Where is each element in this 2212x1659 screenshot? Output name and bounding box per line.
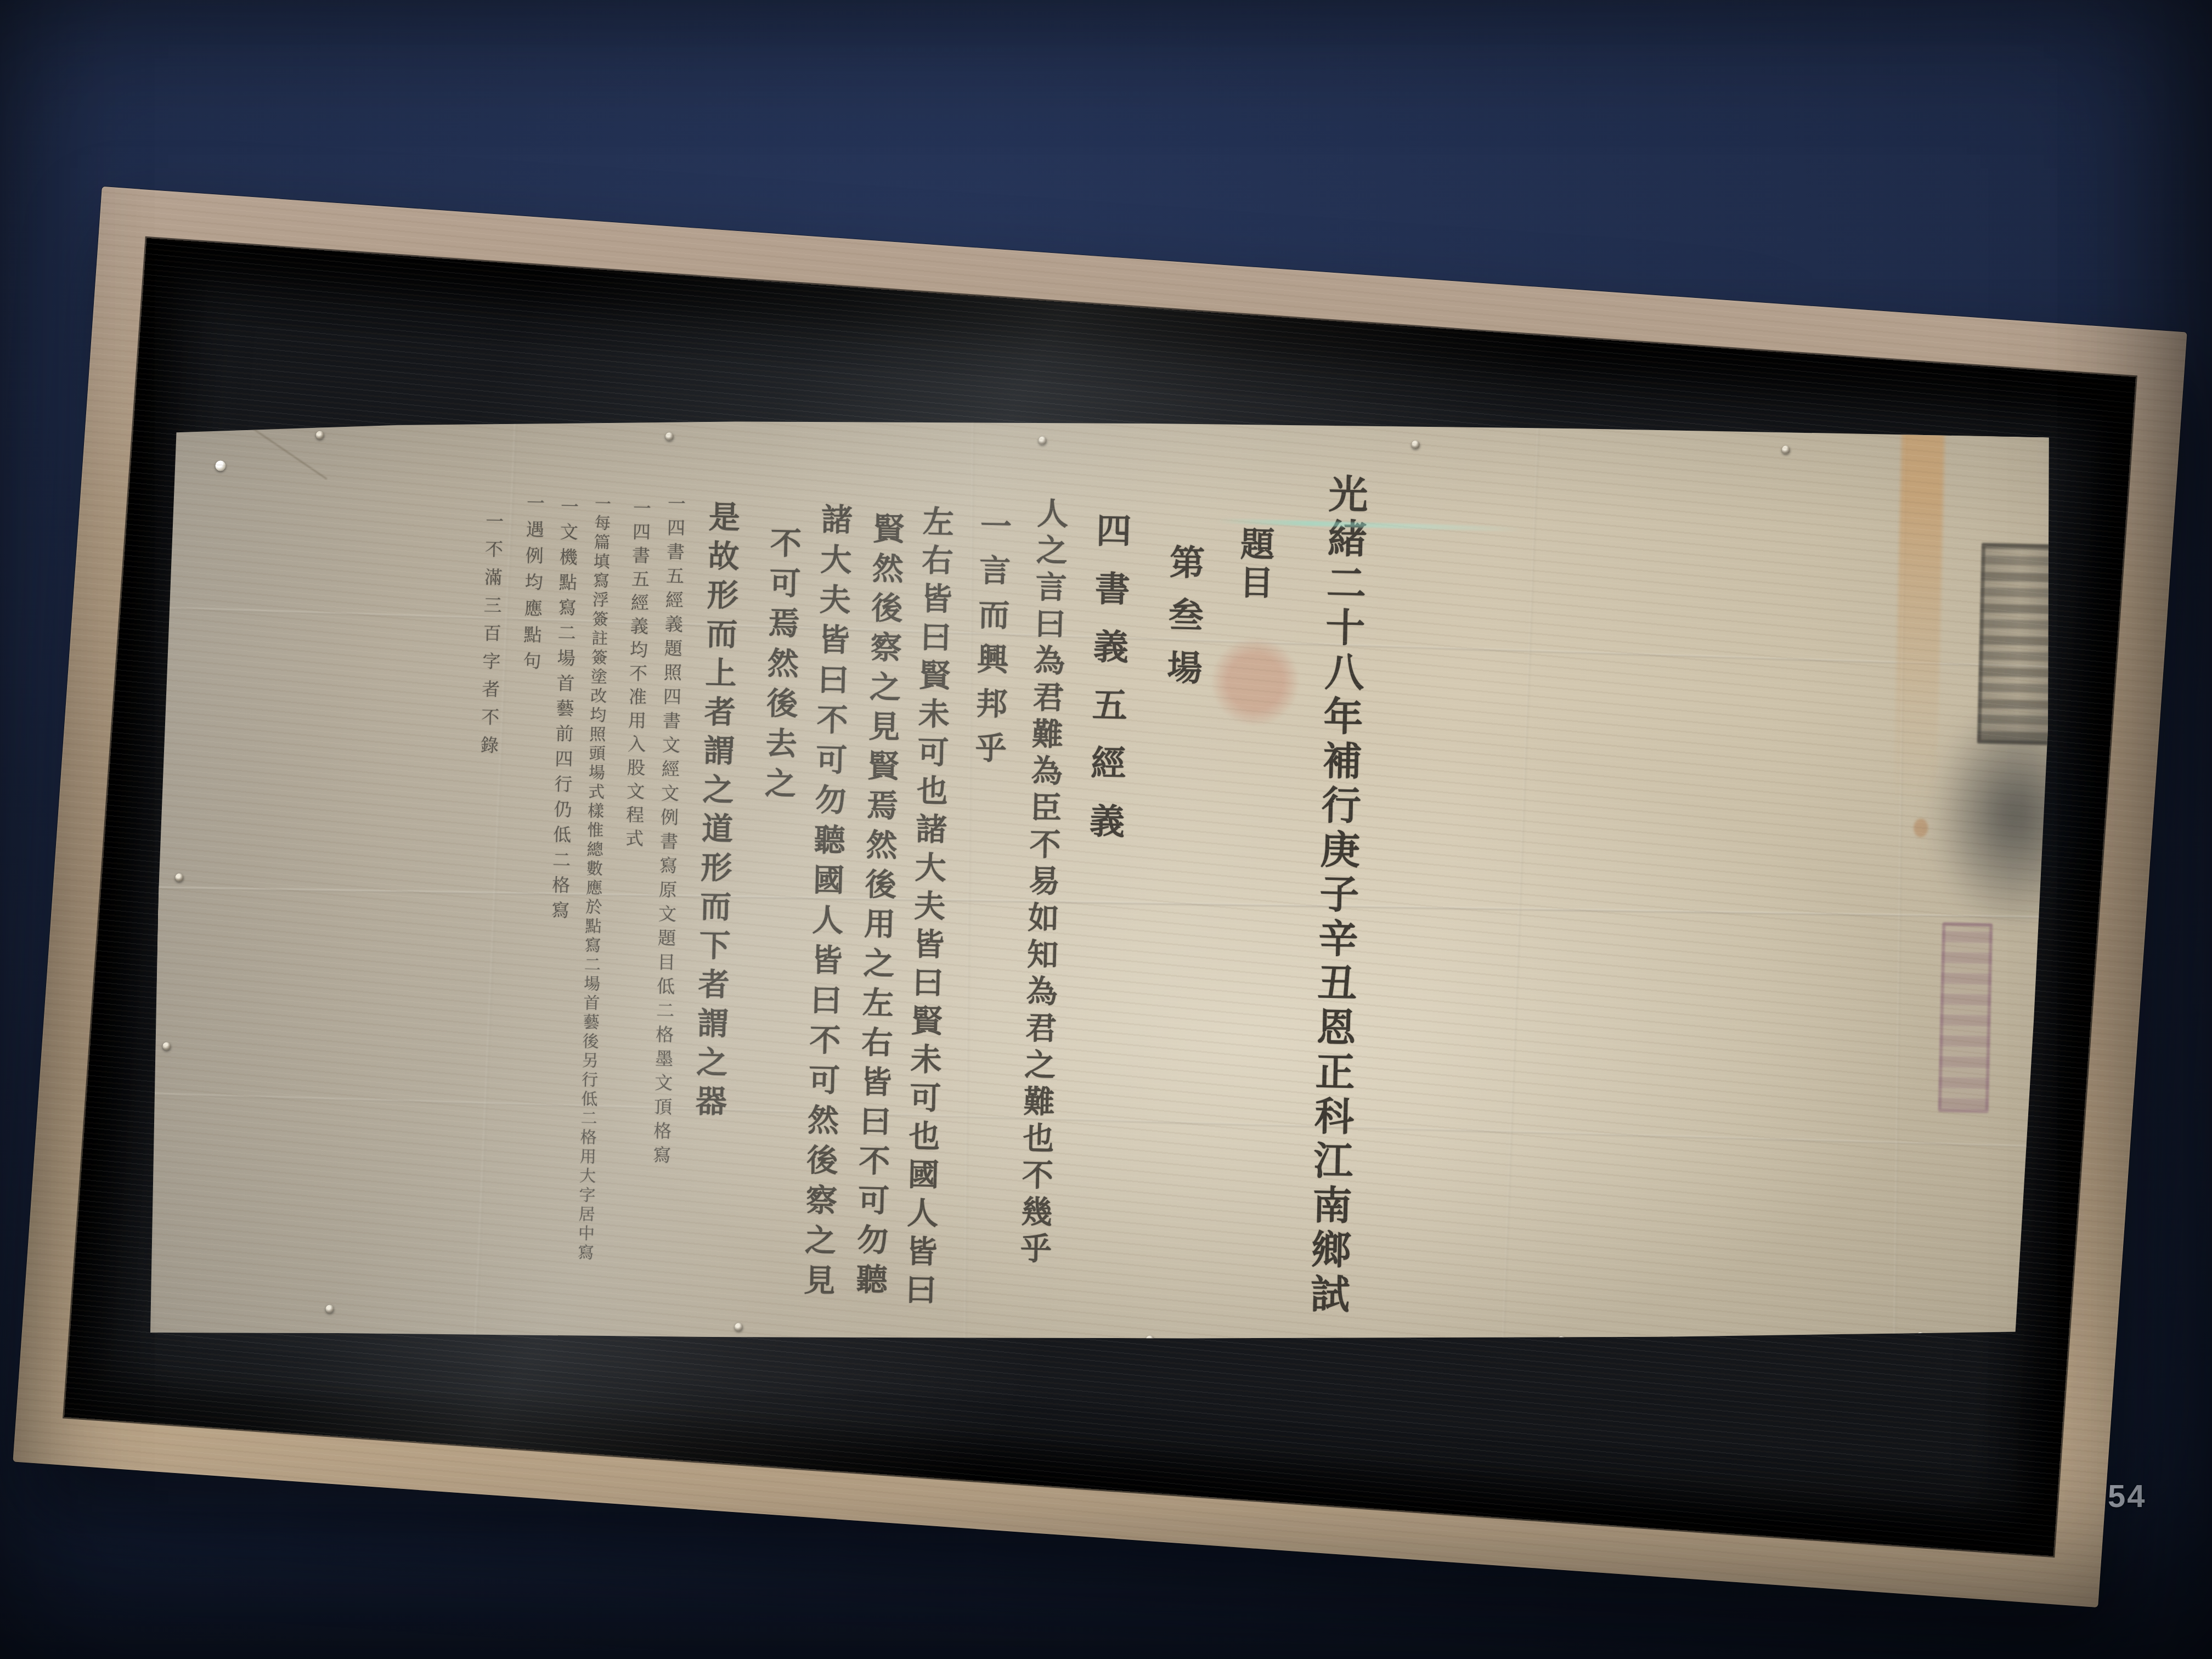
regulation-column: 一文機點寫二場首藝前四行仍低二格寫 xyxy=(549,497,577,927)
mounting-pin xyxy=(162,1042,171,1050)
mounting-pin xyxy=(1782,445,1790,454)
mounting-pin xyxy=(215,460,225,471)
section-column: 四書義五經義 xyxy=(1086,512,1128,861)
regulation-column: 一四書五經義均不准用入股文程式 xyxy=(623,499,650,853)
water-stain-spot xyxy=(1914,819,1928,838)
question-column: 是故形而上者謂之道形而下者謂之器 xyxy=(692,500,737,1124)
mounting-pin xyxy=(1558,1336,1566,1344)
exam-paper: 光緒二十八年補行庚子辛丑恩正科江南鄉試 題目 第叁場 四書義五經義 人之言曰為君… xyxy=(149,394,2057,1375)
mounting-pin xyxy=(175,873,183,882)
fold-crease xyxy=(964,404,974,1361)
mounting-pin xyxy=(1146,1335,1154,1344)
frame-mat: 光緒二十八年補行庚子辛丑恩正科江南鄉試 題目 第叁場 四書義五經義 人之言曰為君… xyxy=(64,238,2135,1556)
heading-column: 題目 xyxy=(1235,526,1271,603)
picture-frame: 光緒二十八年補行庚子辛丑恩正科江南鄉試 題目 第叁場 四書義五經義 人之言曰為君… xyxy=(13,187,2187,1607)
regulation-column: 一不滿三百字者不錄 xyxy=(478,511,501,764)
fold-crease xyxy=(140,887,2064,919)
regulation-column: 一遇例均應點句 xyxy=(521,493,543,678)
fold-crease xyxy=(1501,416,1540,1373)
mounting-pin xyxy=(325,1305,334,1313)
question-column: 人之言曰為君難為臣不易如知為君之難也不幾乎 xyxy=(1017,496,1066,1269)
question-column: 一言而興邦乎 xyxy=(972,509,1009,776)
question-column: 諸大夫皆曰不可勿聽國人皆曰不可然後察之見 xyxy=(800,503,850,1304)
mounting-pin xyxy=(316,431,324,439)
regulation-column: 一每篇填寫浮簽註簽塗改均照頭場式樣惟總數應於點寫二場首藝後另行低二格用大字居中寫 xyxy=(575,495,610,1263)
purple-seal-stamp xyxy=(1938,922,1993,1113)
mounting-pin xyxy=(1412,441,1420,449)
exhibit-number-label: 54 xyxy=(2108,1478,2147,1515)
mounting-pin xyxy=(1916,1332,1925,1340)
ink-stamp xyxy=(1977,543,2061,745)
mounting-pin xyxy=(1039,436,1047,444)
session-column: 第叁場 xyxy=(1163,544,1202,702)
red-seal-stamp xyxy=(1210,637,1300,727)
question-column: 不可焉然後去之 xyxy=(761,526,799,807)
question-column: 賢然後察之見賢焉然後用之左右皆曰不可勿聽 xyxy=(853,512,902,1302)
mounting-pin xyxy=(665,432,674,441)
question-column: 左右皆曰賢未可也諸大夫皆曰賢未可也國人皆曰 xyxy=(902,505,951,1312)
fold-crease xyxy=(135,1092,2059,1148)
title-column: 光緒二十八年補行庚子辛丑恩正科江南鄉試 xyxy=(1306,473,1365,1318)
water-stain xyxy=(1893,431,1944,805)
museum-photo: 光緒二十八年補行庚子辛丑恩正科江南鄉試 題目 第叁場 四書義五經義 人之言曰為君… xyxy=(0,0,2212,1659)
fold-crease xyxy=(190,386,328,480)
mounting-pin xyxy=(735,1323,743,1331)
regulation-column: 一四書五經義題照四書文經文例書寫原文題目低二格墨文頂格寫 xyxy=(651,494,684,1170)
